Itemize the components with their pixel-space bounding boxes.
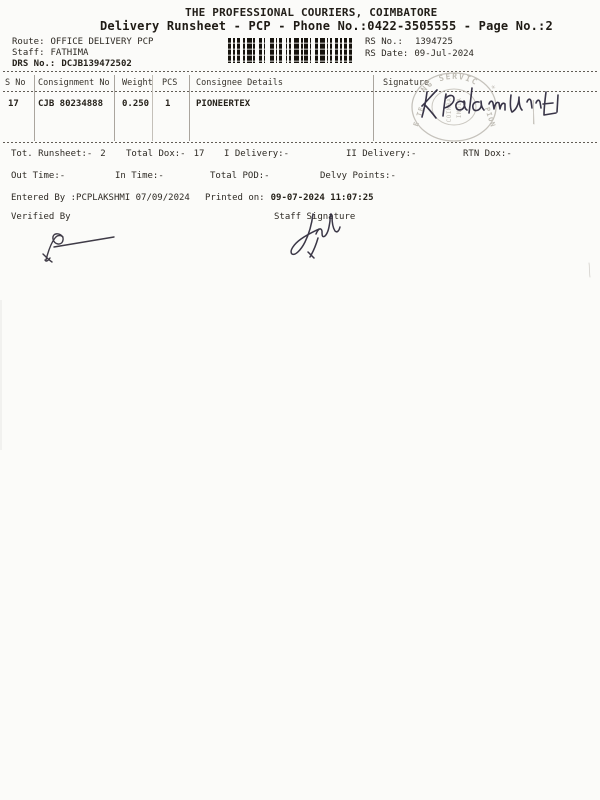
divider-top	[3, 71, 597, 72]
stamp-center-line2: INDIA	[456, 98, 463, 119]
staff-signature-label: Staff Signature	[274, 212, 355, 222]
ii-delivery-label: II Delivery:-	[346, 149, 416, 159]
stamp-center-line1: COIMBAT	[446, 94, 453, 123]
entered-by-field: Entered By :PCPLAKSHMI 07/09/2024	[11, 193, 190, 203]
col-sep-right	[533, 100, 534, 124]
verified-signature	[43, 234, 114, 262]
consignee-signature	[422, 88, 558, 118]
divider-header	[3, 91, 597, 92]
total-pod-field: Total POD:-	[210, 171, 278, 181]
rs-no-value: 1394725	[415, 37, 453, 47]
col-header-consignee: Consignee Details	[196, 79, 283, 88]
staff-field: Staff:FATHIMA	[12, 48, 88, 58]
col-header-consignment: Consignment No	[38, 79, 110, 88]
rs-date-label: RS Date:	[365, 49, 408, 59]
i-delivery-label: I Delivery:-	[224, 149, 289, 159]
i-delivery-field: I Delivery:-	[224, 149, 297, 159]
cell-weight: 0.250	[122, 99, 149, 109]
total-dox-value: 17	[194, 149, 205, 159]
delvy-points-label: Delvy Points:-	[320, 171, 396, 181]
cell-pcs: 1	[165, 99, 170, 109]
in-time-field: In Time:-	[115, 171, 172, 181]
drs-no-value: DCJB139472502	[61, 59, 131, 69]
staff-value: FATHIMA	[51, 48, 89, 58]
printed-on-label: Printed on:	[205, 193, 265, 203]
total-pod-label: Total POD:-	[210, 171, 270, 181]
col-sep-2	[114, 75, 115, 141]
printed-on-field: Printed on:09-07-2024 11:07:25	[205, 193, 374, 203]
drs-no-field: DRS No.:DCJB139472502	[12, 59, 132, 69]
staff-label: Staff:	[12, 48, 45, 58]
tot-runsheet-label: Tot. Runsheet:-	[11, 149, 92, 159]
drs-no-label: DRS No.:	[12, 59, 55, 69]
total-dox-label: Total Dox:-	[126, 149, 186, 159]
col-header-sno: S No	[5, 79, 25, 88]
rs-date-field: RS Date:09-Jul-2024	[365, 49, 474, 59]
in-time-label: In Time:-	[115, 171, 164, 181]
entered-by-label: Entered By :	[11, 193, 76, 203]
page-title: THE PROFESSIONAL COURIERS, COIMBATORE	[185, 6, 437, 19]
tot-runsheet-value: 2	[100, 149, 105, 159]
stamp-arc-left-text: E TE	[412, 105, 426, 127]
cell-consignment: CJB 80234888	[38, 99, 103, 109]
stamp-arc-right-text: PION	[483, 106, 497, 128]
rs-date-value: 09-Jul-2024	[414, 49, 474, 59]
tot-runsheet-field: Tot. Runsheet:-2	[11, 149, 106, 159]
col-header-pcs: PCS	[162, 79, 177, 88]
verified-by-label: Verified By	[11, 212, 71, 222]
divider-bottom	[3, 142, 597, 143]
rs-no-label: RS No.:	[365, 37, 403, 47]
col-header-weight: Weight	[122, 79, 153, 88]
col-sep-5	[373, 75, 374, 141]
rtn-dox-label: RTN Dox:-	[463, 149, 512, 159]
scan-overlay: NG SERVIC PION E TE COIMBAT INDIA *	[0, 0, 600, 800]
route-field: Route:OFFICE DELIVERY PCP	[12, 37, 153, 47]
barcode-1d	[228, 38, 352, 63]
entered-by-value: PCPLAKSHMI 07/09/2024	[76, 193, 190, 203]
route-value: OFFICE DELIVERY PCP	[51, 37, 154, 47]
page-subtitle: Delivery Runsheet - PCP - Phone No.:0422…	[100, 19, 553, 33]
col-sep-4	[189, 75, 190, 141]
col-sep-1	[34, 75, 35, 141]
ii-delivery-field: II Delivery:-	[346, 149, 424, 159]
cell-sno: 17	[8, 99, 19, 109]
printed-on-value: 09-07-2024 11:07:25	[271, 193, 374, 203]
out-time-label: Out Time:-	[11, 171, 65, 181]
delvy-points-field: Delvy Points:-	[320, 171, 404, 181]
route-label: Route:	[12, 37, 45, 47]
col-header-signature: Signature	[383, 79, 429, 88]
total-dox-field: Total Dox:-17	[126, 149, 204, 159]
out-time-field: Out Time:-	[11, 171, 73, 181]
rtn-dox-field: RTN Dox:-	[463, 149, 520, 159]
rs-no-field: RS No.:1394725	[365, 37, 453, 47]
cell-consignee: PIONEERTEX	[196, 99, 250, 109]
